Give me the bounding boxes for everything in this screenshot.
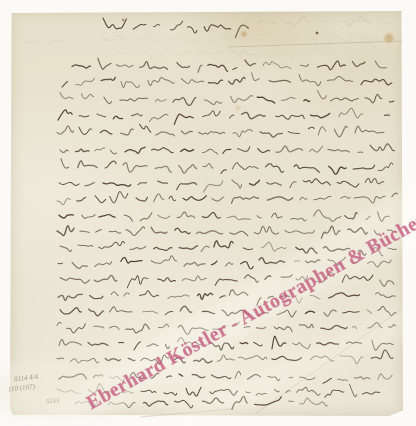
scanned-letter: 8114 4/4 110 (107) 5153 Eberhard Köstler… [0, 0, 416, 426]
pencil-inventory-note-3: 5153 [46, 398, 59, 406]
letter-paper [10, 11, 403, 416]
